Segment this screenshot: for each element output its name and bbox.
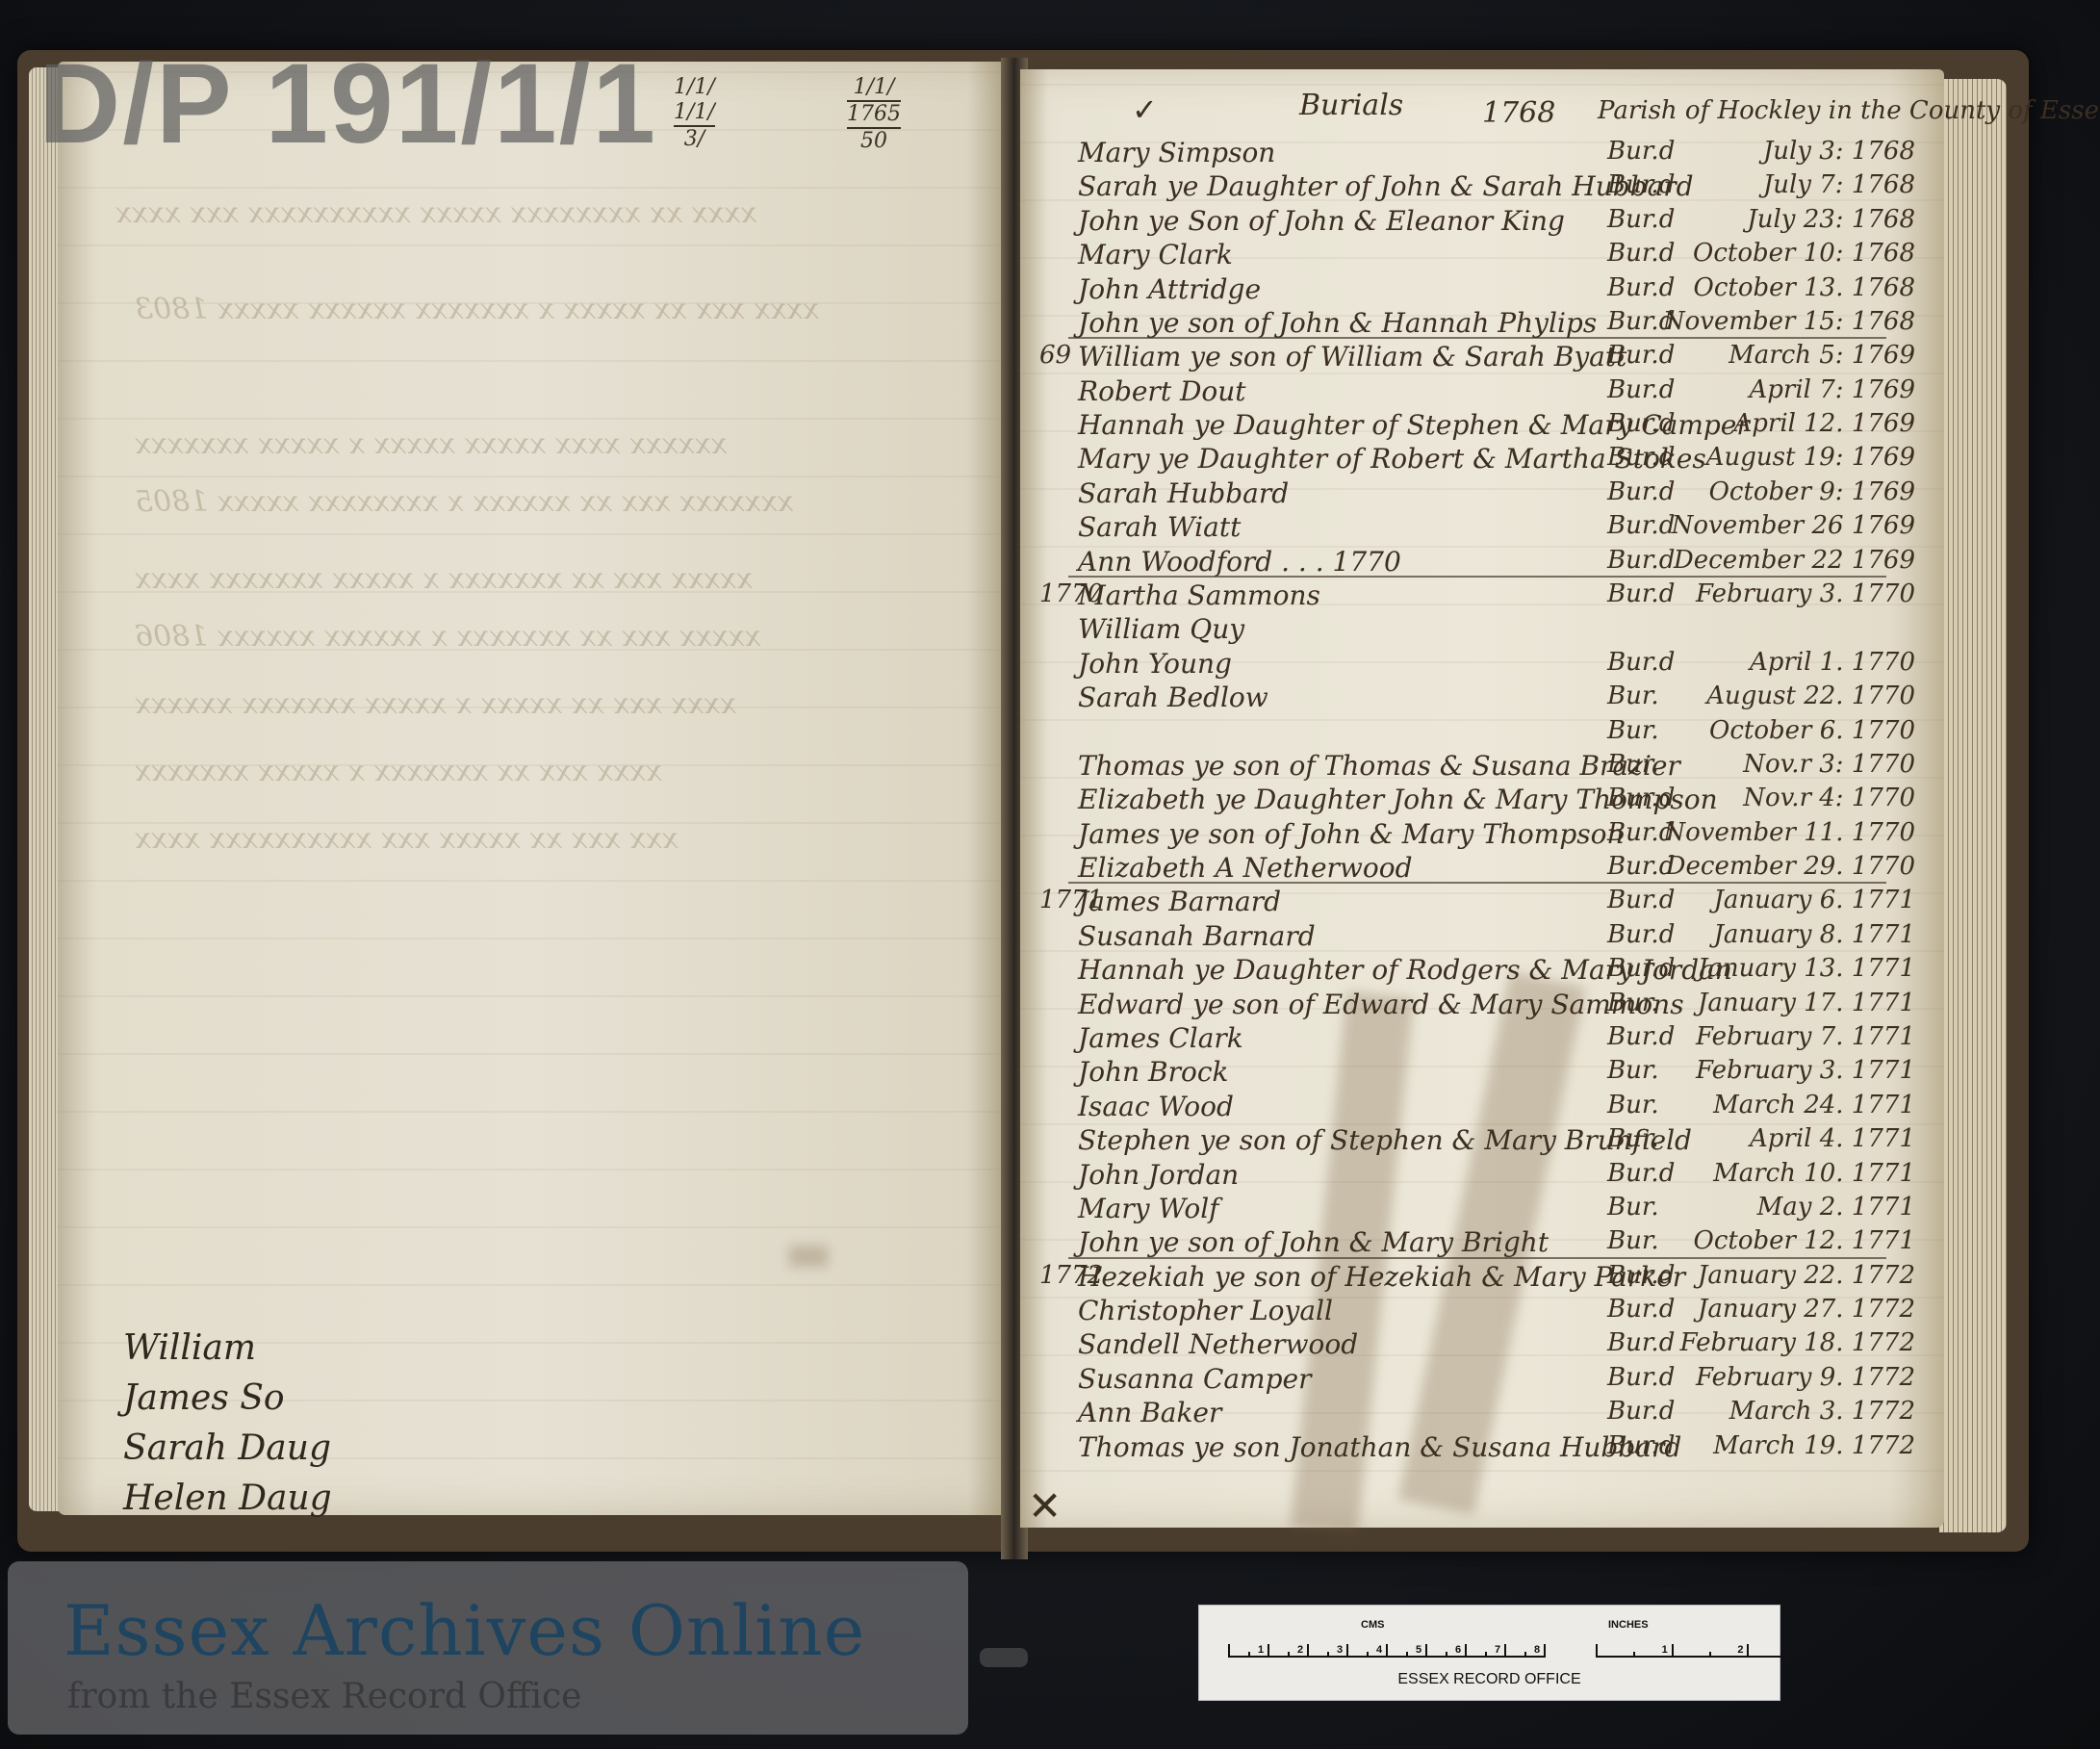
- register-entry: John ye son of John & Hannah PhylipsBur.…: [1039, 307, 1925, 346]
- entry-date: February 3. 1771: [1696, 1056, 1915, 1085]
- right-page-edges: [1939, 79, 2007, 1532]
- entry-name: Susanna Camper: [1078, 1363, 1311, 1395]
- register-entry: Elizabeth ye Daughter John & Mary Thomps…: [1039, 784, 1925, 822]
- register-heading-parish: Parish of Hockley in the County of Essex: [1598, 96, 2100, 125]
- scale-minor-tick: [1327, 1652, 1329, 1658]
- register-entry: Ann Woodford . . . 1770Bur.dDecember 22 …: [1039, 546, 1925, 584]
- register-entry: 69William ye son of William & Sarah Byat…: [1039, 341, 1925, 379]
- entry-burial-marker: Bur.d: [1607, 1261, 1675, 1290]
- entry-date: February 3. 1770: [1696, 579, 1915, 608]
- register-entry: John BrockBur.February 3. 1771: [1039, 1056, 1925, 1094]
- entry-name: Mary Simpson: [1078, 137, 1275, 168]
- entry-burial-marker: Bur.d: [1607, 205, 1675, 234]
- entry-name: Sarah Hubbard: [1078, 477, 1289, 509]
- entry-name: Sandell Netherwood: [1078, 1328, 1358, 1360]
- fragment-name: William: [123, 1324, 332, 1374]
- entry-date: August 22. 1770: [1706, 682, 1915, 710]
- entry-date: July 3: 1768: [1763, 137, 1915, 166]
- entry-name: Robert Dout: [1078, 375, 1246, 407]
- entry-date: March 3. 1772: [1729, 1397, 1915, 1426]
- register-entry: Sarah HubbardBur.dOctober 9: 1769: [1039, 477, 1925, 516]
- register-entry: Sarah WiattBur.dNovember 26 1769: [1039, 511, 1925, 550]
- register-entry: Bur.October 6. 1770: [1039, 716, 1925, 755]
- register-heading-year: 1768: [1482, 96, 1555, 130]
- bleed-through-text: xxxx xx xxxxxxxx xxxxx xxxxxxxxxx xxx xx…: [115, 196, 756, 230]
- entry-date: November 26 1769: [1672, 511, 1915, 540]
- register-heading-title: Burials: [1299, 89, 1403, 122]
- register-entry: Stephen ye son of Stephen & Mary Brunfie…: [1039, 1124, 1925, 1163]
- entry-burial-marker: Bur.d: [1607, 546, 1675, 575]
- scale-tick-label: 5: [1416, 1644, 1421, 1656]
- register-entry: Sarah BedlowBur.August 22. 1770: [1039, 682, 1925, 720]
- scale-minor-tick: [1367, 1652, 1369, 1658]
- register-entry: Edward ye son of Edward & Mary SammonsBu…: [1039, 989, 1925, 1027]
- entry-burial-marker: Bur.d: [1607, 886, 1675, 914]
- tally-right: 1/1/ 1765 50: [847, 75, 901, 154]
- entry-burial-marker: Bur.: [1607, 716, 1659, 745]
- inches-scale: 123: [1596, 1642, 1823, 1658]
- entry-burial-marker: Bur.d: [1607, 784, 1675, 812]
- entry-burial-marker: Bur.d: [1607, 1022, 1675, 1051]
- entry-burial-marker: Bur.d: [1607, 273, 1675, 302]
- right-page: Burials 1768 Parish of Hockley in the Co…: [1020, 69, 1944, 1528]
- entry-name: John Jordan: [1078, 1159, 1239, 1191]
- scale-card-footer: ESSEX RECORD OFFICE: [1199, 1671, 1780, 1688]
- entry-name: John ye son of John & Hannah Phylips: [1078, 307, 1597, 339]
- entry-burial-marker: Bur.d: [1607, 1363, 1675, 1392]
- entry-burial-marker: Bur.d: [1607, 137, 1675, 166]
- entry-date: December 29. 1770: [1666, 852, 1915, 881]
- entry-burial-marker: Bur.: [1607, 1193, 1659, 1222]
- entry-name: Edward ye son of Edward & Mary Sammons: [1078, 989, 1684, 1020]
- entry-name: Mary Clark: [1078, 239, 1233, 270]
- register-entry: Mary ye Daughter of Robert & Martha Stok…: [1039, 443, 1925, 481]
- register-entry: 1772Hezekiah ye son of Hezekiah & Mary P…: [1039, 1261, 1925, 1299]
- entry-date: March 5: 1769: [1729, 341, 1915, 370]
- entry-burial-marker: Bur.d: [1607, 954, 1675, 983]
- entry-name: Mary Wolf: [1078, 1193, 1219, 1224]
- scale-tick-label: 4: [1376, 1644, 1382, 1656]
- register-entry: James ye son of John & Mary ThompsonBur.…: [1039, 818, 1925, 857]
- entry-burial-marker: Bur.d: [1607, 1159, 1675, 1188]
- register-entry: Robert DoutBur.dApril 7: 1769: [1039, 375, 1925, 414]
- entry-burial-marker: Bur.d: [1607, 170, 1675, 199]
- entry-date: April 7: 1769: [1750, 375, 1915, 404]
- scale-tick: [1346, 1644, 1348, 1658]
- entry-date: April 4. 1771: [1750, 1124, 1915, 1153]
- scale-tick-label: 1: [1258, 1644, 1264, 1656]
- register-entry: Mary SimpsonBur.dJuly 3: 1768: [1039, 137, 1925, 175]
- entry-burial-marker: Bur.d: [1607, 1431, 1675, 1460]
- burial-register: Mary SimpsonBur.dJuly 3: 1768Sarah ye Da…: [1039, 137, 1925, 1489]
- scale-tick: [1672, 1644, 1674, 1658]
- entry-name: John ye son of John & Mary Bright: [1078, 1226, 1549, 1258]
- entry-date: October 9: 1769: [1709, 477, 1915, 506]
- scale-tick-label: 8: [1534, 1644, 1540, 1656]
- register-entry: Sandell NetherwoodBur.dFebruary 18. 1772: [1039, 1328, 1925, 1367]
- scale-minor-tick: [1406, 1652, 1408, 1658]
- entry-name: Sarah Bedlow: [1078, 682, 1268, 713]
- entry-name: Hezekiah ye son of Hezekiah & Mary Parke…: [1078, 1261, 1685, 1293]
- entry-date: November 15: 1768: [1663, 307, 1915, 336]
- register-entry: Christopher LoyallBur.dJanuary 27. 1772: [1039, 1295, 1925, 1333]
- entry-date: April 12. 1769: [1733, 409, 1915, 438]
- entry-name: Elizabeth A Netherwood: [1078, 852, 1413, 884]
- scale-minor-tick: [1446, 1652, 1447, 1658]
- entry-date: October 12. 1771: [1694, 1226, 1915, 1255]
- document-reference: D/P 191/1/1: [38, 39, 657, 169]
- cms-label: CMS: [1361, 1619, 1384, 1631]
- register-entry: Hannah ye Daughter of Rodgers & Mary Jor…: [1039, 954, 1925, 992]
- entry-burial-marker: Bur.d: [1607, 477, 1675, 506]
- entry-name: James ye son of John & Mary Thompson: [1078, 818, 1625, 850]
- entry-name: Sarah Wiatt: [1078, 511, 1241, 543]
- entry-date: February 18. 1772: [1680, 1328, 1916, 1357]
- entry-burial-marker: Bur.d: [1607, 579, 1675, 608]
- entry-date: May 2. 1771: [1757, 1193, 1915, 1222]
- entry-burial-marker: Bur.: [1607, 750, 1659, 779]
- scale-minor-tick: [1709, 1652, 1711, 1658]
- entry-burial-marker: Bur.: [1607, 1226, 1659, 1255]
- entry-name: John Young: [1078, 648, 1232, 680]
- register-entry: Susanna CamperBur.dFebruary 9. 1772: [1039, 1363, 1925, 1402]
- tally-left: 1/1/ 1/1/ 3/: [674, 75, 715, 152]
- entry-date: January 22. 1772: [1698, 1261, 1915, 1290]
- entry-burial-marker: Bur.d: [1607, 1295, 1675, 1324]
- register-entry: John ye son of John & Mary BrightBur.Oct…: [1039, 1226, 1925, 1265]
- entry-burial-marker: Bur.: [1607, 1091, 1659, 1119]
- scale-tick: [1307, 1644, 1309, 1658]
- left-page: xxxx xx xxxxxxxx xxxxx xxxxxxxxxx xxx xx…: [58, 62, 1006, 1515]
- scale-tick: [1228, 1644, 1230, 1658]
- scale-tick-label: 2: [1297, 1644, 1303, 1656]
- entry-date: July 7: 1768: [1763, 170, 1915, 199]
- inches-label: INCHES: [1608, 1619, 1649, 1631]
- register-entry: John AttridgeBur.dOctober 13. 1768: [1039, 273, 1925, 312]
- register-entry: John ye Son of John & Eleanor KingBur.dJ…: [1039, 205, 1925, 244]
- entry-date: March 19. 1772: [1713, 1431, 1915, 1460]
- left-page-edges: [29, 67, 62, 1511]
- entry-name: Ann Woodford . . . 1770: [1078, 546, 1401, 578]
- entry-date: October 13. 1768: [1694, 273, 1915, 302]
- entry-date: July 23: 1768: [1747, 205, 1915, 234]
- left-page-fragment: William James So Sarah Daug Helen Daug: [123, 1324, 332, 1524]
- register-entry: James ClarkBur.dFebruary 7. 1771: [1039, 1022, 1925, 1061]
- entry-name: John Attridge: [1078, 273, 1261, 305]
- register-entry: John JordanBur.dMarch 10. 1771: [1039, 1159, 1925, 1197]
- entry-name: Thomas ye son Jonathan & Susana Hubbard: [1078, 1431, 1681, 1463]
- register-entry: 1771James BarnardBur.dJanuary 6. 1771: [1039, 886, 1925, 924]
- clamp: [980, 1648, 1028, 1667]
- entry-burial-marker: Bur.d: [1607, 409, 1675, 438]
- register-entry: Thomas ye son of Thomas & Susana Brazier…: [1039, 750, 1925, 788]
- year-divider: [1068, 882, 1886, 884]
- scale-tick-label: 3: [1813, 1644, 1819, 1656]
- register-entry: Ann BakerBur.dMarch 3. 1772: [1039, 1397, 1925, 1435]
- year-divider: [1068, 576, 1886, 578]
- scale-tick: [1386, 1644, 1388, 1658]
- fragment-name: Sarah Daug: [123, 1424, 332, 1474]
- register-entry: Elizabeth A NetherwoodBur.dDecember 29. …: [1039, 852, 1925, 890]
- scale-minor-tick: [1785, 1652, 1787, 1658]
- scale-card: CMS 12345678 INCHES 123 ESSEX RECORD OFF…: [1198, 1605, 1780, 1701]
- entry-date: April 1. 1770: [1750, 648, 1915, 677]
- entry-date: November 11. 1770: [1663, 818, 1915, 847]
- scale-tick: [1544, 1644, 1546, 1658]
- entry-name: Isaac Wood: [1078, 1091, 1234, 1122]
- entry-name: Ann Baker: [1078, 1397, 1221, 1428]
- scale-tick-label: 2: [1737, 1644, 1743, 1656]
- register-entry: 1770Martha SammonsBur.dFebruary 3. 1770: [1039, 579, 1925, 618]
- entry-date: Nov.r 3: 1770: [1743, 750, 1915, 779]
- scale-tick: [1425, 1644, 1427, 1658]
- scale-tick: [1465, 1644, 1467, 1658]
- entry-name: James Clark: [1078, 1022, 1243, 1054]
- scale-tick-label: 6: [1455, 1644, 1461, 1656]
- entry-date: October 6. 1770: [1709, 716, 1915, 745]
- entry-name: John ye Son of John & Eleanor King: [1078, 205, 1565, 237]
- fragment-name: Helen Daug: [123, 1474, 332, 1524]
- cross-mark: ✕: [1028, 1482, 1062, 1530]
- entry-burial-marker: Bur.d: [1607, 920, 1675, 949]
- entry-burial-marker: Bur.d: [1607, 648, 1675, 677]
- entry-burial-marker: Bur.: [1607, 989, 1659, 1017]
- scale-minor-tick: [1288, 1652, 1290, 1658]
- archive-watermark-banner: Essex Archives Online from the Essex Rec…: [8, 1561, 968, 1735]
- entry-burial-marker: Bur.d: [1607, 1328, 1675, 1357]
- register-entry: Thomas ye son Jonathan & Susana HubbardB…: [1039, 1431, 1925, 1470]
- entry-name: James Barnard: [1078, 886, 1281, 917]
- entry-name: William Quy: [1078, 613, 1244, 645]
- entry-burial-marker: Bur.: [1607, 1056, 1659, 1085]
- entry-name: Thomas ye son of Thomas & Susana Brazier: [1078, 750, 1680, 782]
- watermark-subtitle: from the Essex Record Office: [67, 1677, 581, 1716]
- entry-date: February 9. 1772: [1696, 1363, 1915, 1392]
- scale-tick-label: 1: [1662, 1644, 1668, 1656]
- check-mark: ✓: [1132, 91, 1158, 128]
- entry-date: August 19: 1769: [1706, 443, 1915, 472]
- entry-name: John Brock: [1078, 1056, 1229, 1088]
- register-entry: John YoungBur.dApril 1. 1770: [1039, 648, 1925, 686]
- register-entry: Hannah ye Daughter of Stephen & Mary Cam…: [1039, 409, 1925, 448]
- scale-tick: [1504, 1644, 1506, 1658]
- entry-burial-marker: Bur.d: [1607, 239, 1675, 268]
- entry-date: December 22 1769: [1674, 546, 1915, 575]
- entry-date: October 10: 1768: [1693, 239, 1915, 268]
- register-entry: William Quy: [1039, 613, 1925, 652]
- year-divider: [1068, 337, 1886, 339]
- entry-date: February 7. 1771: [1696, 1022, 1915, 1051]
- entry-date: March 10. 1771: [1713, 1159, 1915, 1188]
- register-entry: Susanah BarnardBur.dJanuary 8. 1771: [1039, 920, 1925, 959]
- entry-name: Sarah ye Daughter of John & Sarah Hubbar…: [1078, 170, 1694, 202]
- register-entry: Sarah ye Daughter of John & Sarah Hubbar…: [1039, 170, 1925, 209]
- entry-name: Susanah Barnard: [1078, 920, 1316, 952]
- entry-burial-marker: Bur.d: [1607, 511, 1675, 540]
- scale-tick: [1823, 1644, 1825, 1658]
- scale-tick: [1268, 1644, 1269, 1658]
- scale-tick-label: 7: [1495, 1644, 1500, 1656]
- scale-tick: [1747, 1644, 1749, 1658]
- entry-date: March 24. 1771: [1713, 1091, 1915, 1119]
- entry-date: Nov.r 4: 1770: [1743, 784, 1915, 812]
- scale-tick-label: 3: [1337, 1644, 1343, 1656]
- scale-minor-tick: [1248, 1652, 1250, 1658]
- entry-burial-marker: Bur.d: [1607, 1397, 1675, 1426]
- scale-minor-tick: [1485, 1652, 1487, 1658]
- cms-scale: 12345678: [1228, 1642, 1544, 1658]
- entry-name: Christopher Loyall: [1078, 1295, 1333, 1326]
- entry-date: January 17. 1771: [1698, 989, 1915, 1017]
- entry-date: January 27. 1772: [1698, 1295, 1915, 1324]
- year-divider: [1068, 1257, 1886, 1259]
- register-entry: Mary WolfBur.May 2. 1771: [1039, 1193, 1925, 1231]
- entry-date: January 6. 1771: [1713, 886, 1915, 914]
- scale-minor-tick: [1524, 1652, 1526, 1658]
- entry-burial-marker: Bur.d: [1607, 443, 1675, 472]
- entry-date: January 13. 1771: [1698, 954, 1915, 983]
- entry-name: Stephen ye son of Stephen & Mary Brunfie…: [1078, 1124, 1692, 1156]
- scale-minor-tick: [1633, 1652, 1635, 1658]
- entry-burial-marker: Bur.d: [1607, 341, 1675, 370]
- entry-date: January 8. 1771: [1713, 920, 1915, 949]
- entry-name: Martha Sammons: [1078, 579, 1320, 611]
- register-entry: Isaac WoodBur.March 24. 1771: [1039, 1091, 1925, 1129]
- entry-name: William ye son of William & Sarah Byatt: [1078, 341, 1626, 373]
- entry-burial-marker: Bur.: [1607, 682, 1659, 710]
- scale-tick: [1596, 1644, 1598, 1658]
- register-entry: Mary ClarkBur.dOctober 10: 1768: [1039, 239, 1925, 277]
- entry-margin-year: 69: [1039, 341, 1071, 370]
- entry-burial-marker: Bur.: [1607, 1124, 1659, 1153]
- fragment-name: James So: [123, 1374, 332, 1424]
- entry-burial-marker: Bur.d: [1607, 375, 1675, 404]
- watermark-title: Essex Archives Online: [64, 1590, 865, 1671]
